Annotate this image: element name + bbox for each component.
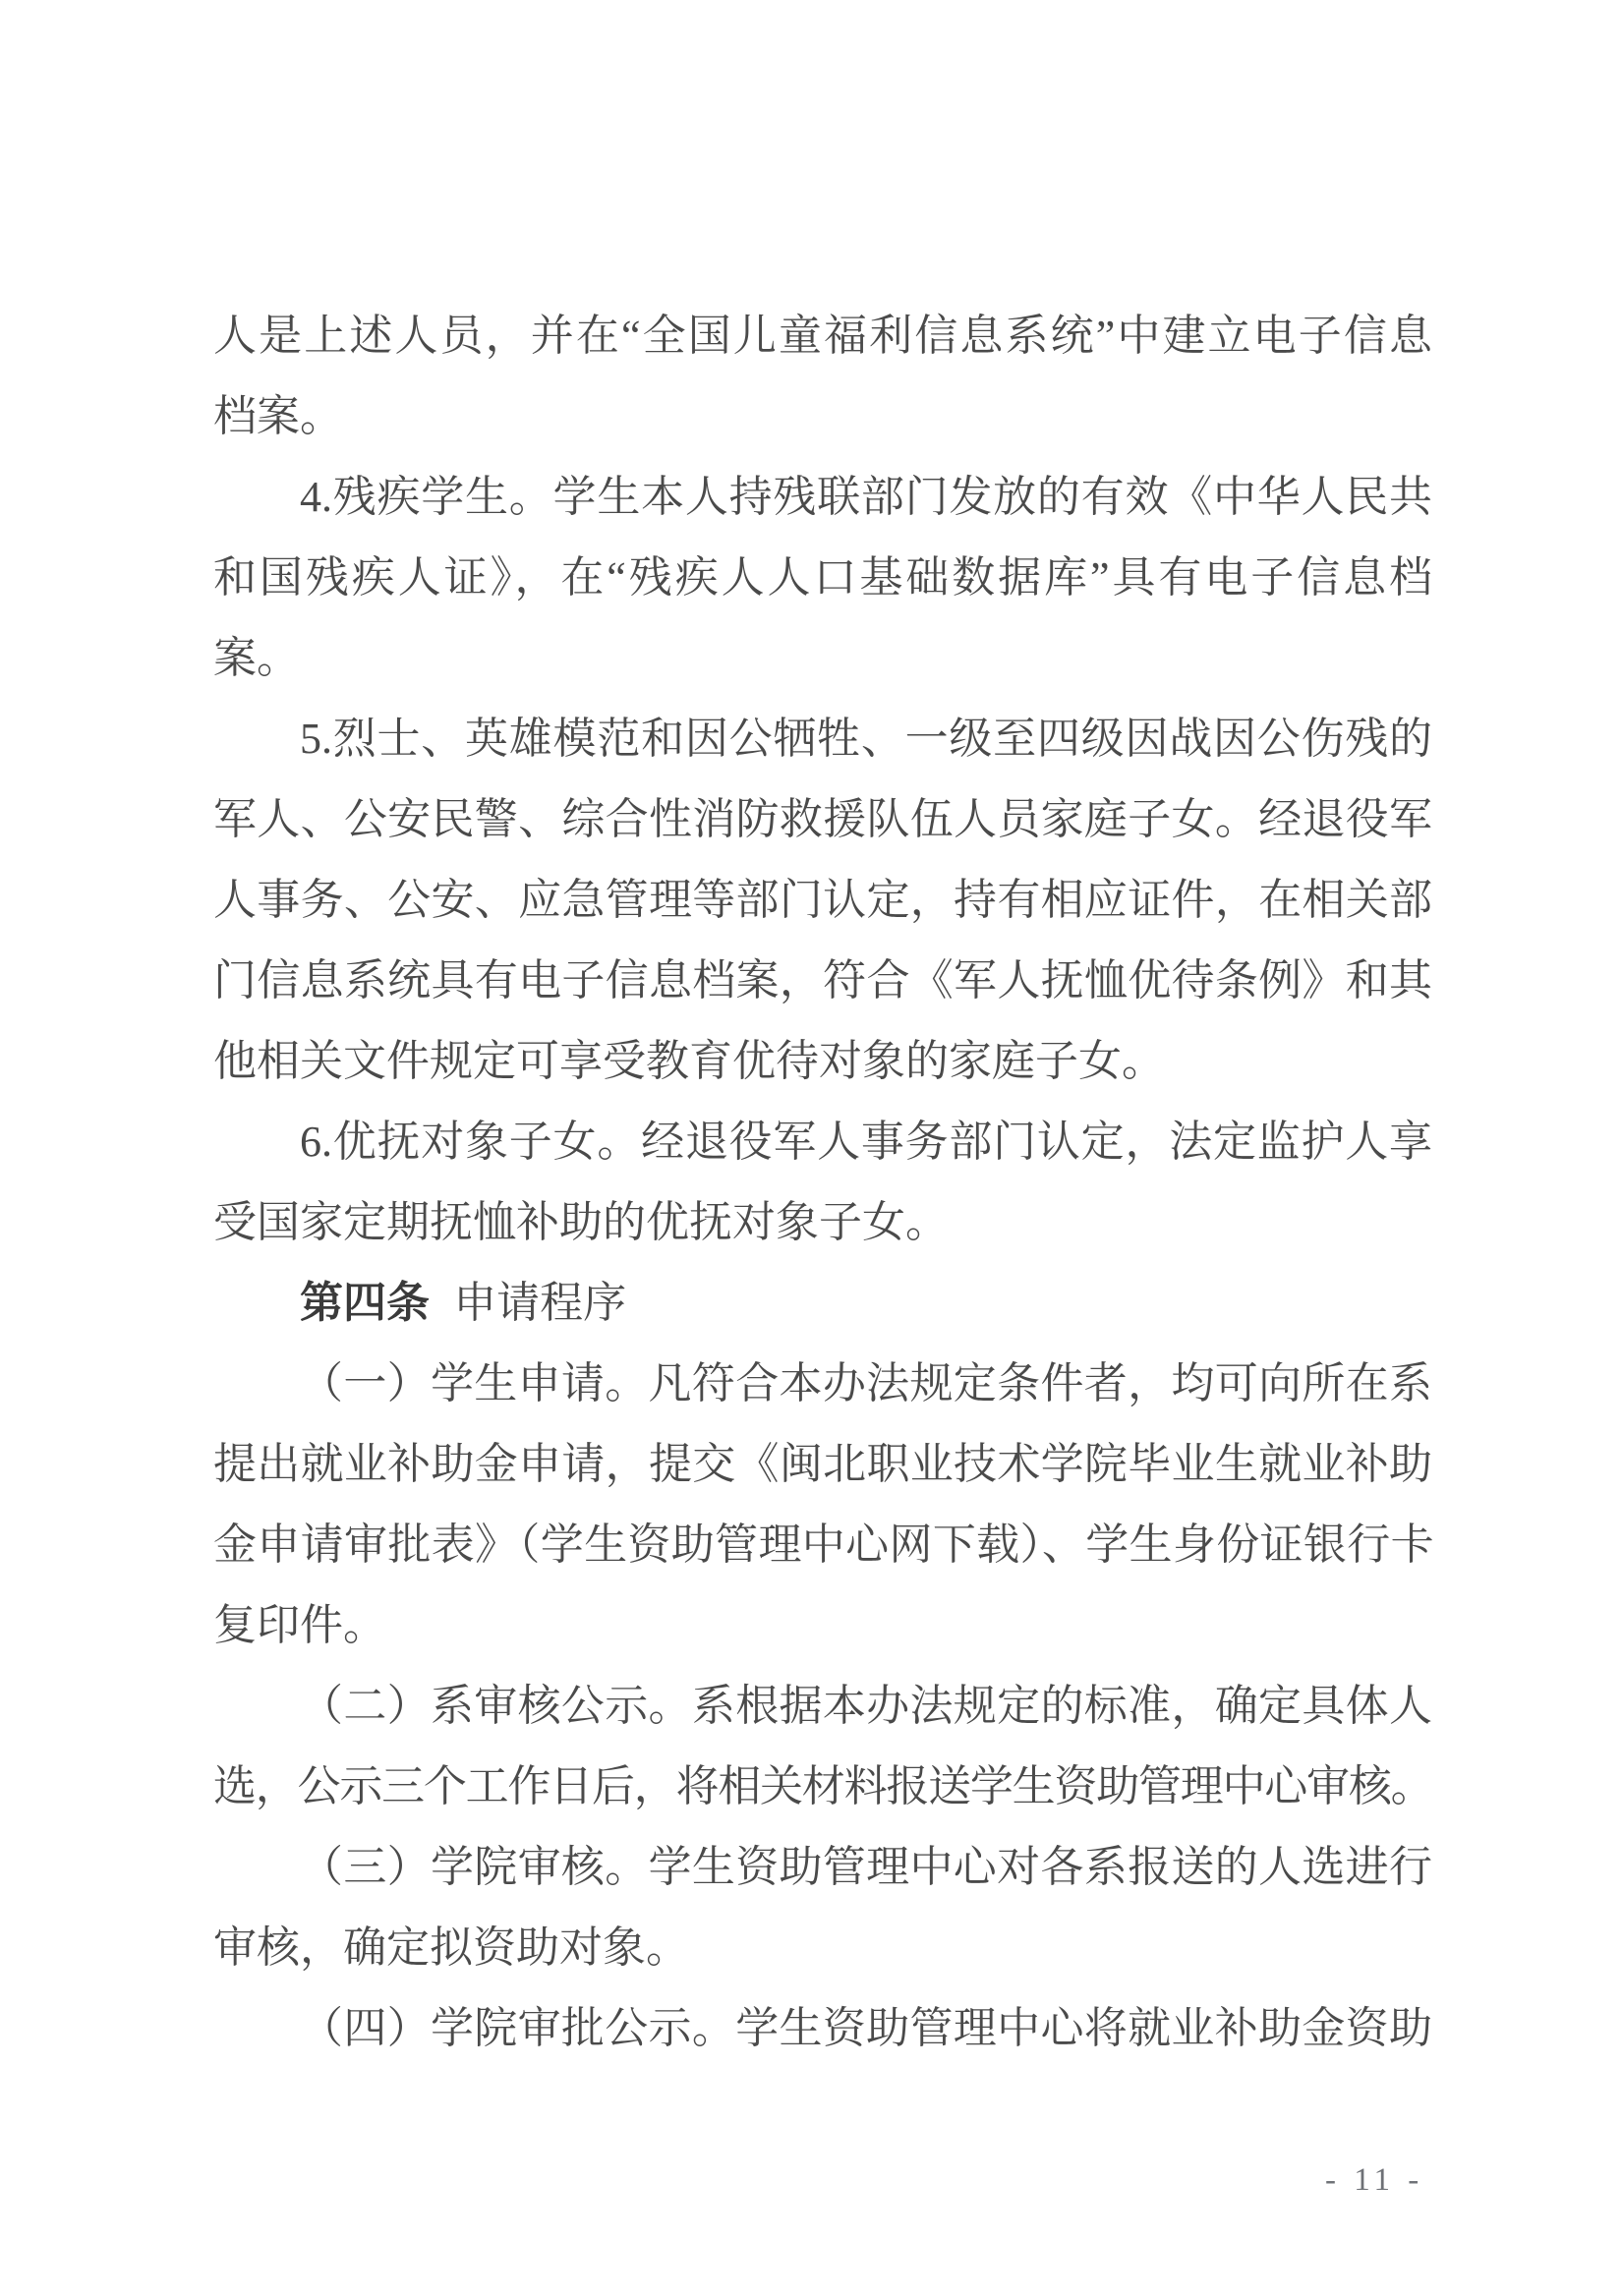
text-line: 案。: [213, 618, 1432, 699]
page-number: - 11 -: [1325, 2158, 1423, 2202]
document-page: 人是上述人员，并在“全国儿童福利信息系统”中建立电子信息档案。4.残疾学生。学生…: [0, 0, 1622, 2296]
text-line: 金申请审批表》（学生资助管理中心网下载）、学生身份证银行卡: [213, 1505, 1432, 1585]
text-line: 他相关文件规定可享受教育优待对象的家庭子女。: [213, 1021, 1432, 1102]
text-line: 选，公示三个工作日后，将相关材料报送学生资助管理中心审核。: [213, 1747, 1432, 1827]
text-line: 第四条申请程序: [213, 1263, 1432, 1344]
text-line: 人事务、公安、应急管理等部门认定，持有相应证件，在相关部: [213, 860, 1432, 941]
text-line: 4.残疾学生。学生本人持残联部门发放的有效《中华人民共: [213, 457, 1432, 538]
text-line: 人是上述人员，并在“全国儿童福利信息系统”中建立电子信息: [213, 296, 1432, 376]
text-line: 提出就业补助金申请，提交《闽北职业技术学院毕业生就业补助: [213, 1424, 1432, 1505]
text-line: 6.优抚对象子女。经退役军人事务部门认定，法定监护人享: [213, 1102, 1432, 1182]
text-line: （二）系审核公示。系根据本办法规定的标准，确定具体人: [213, 1666, 1432, 1747]
text-line: 门信息系统具有电子信息档案，符合《军人抚恤优待条例》和其: [213, 941, 1432, 1021]
clause-heading: 第四条: [300, 1279, 430, 1327]
text-line: （四）学院审批公示。学生资助管理中心将就业补助金资助: [213, 1988, 1432, 2069]
text-line: （一）学生申请。凡符合本办法规定条件者，均可向所在系: [213, 1344, 1432, 1424]
text-line: 军人、公安民警、综合性消防救援队伍人员家庭子女。经退役军: [213, 779, 1432, 860]
text-line: 复印件。: [213, 1585, 1432, 1666]
text-line: 和国残疾人证》，在“残疾人人口基础数据库”具有电子信息档: [213, 538, 1432, 618]
document-body: 人是上述人员，并在“全国儿童福利信息系统”中建立电子信息档案。4.残疾学生。学生…: [213, 296, 1432, 2069]
text-line: 档案。: [213, 376, 1432, 457]
text-line: 审核，确定拟资助对象。: [213, 1908, 1432, 1988]
text-line: 5.烈士、英雄模范和因公牺牲、一级至四级因战因公伤残的: [213, 699, 1432, 779]
text-line: （三）学院审核。学生资助管理中心对各系报送的人选进行: [213, 1827, 1432, 1908]
text-line: 受国家定期抚恤补助的优抚对象子女。: [213, 1182, 1432, 1263]
